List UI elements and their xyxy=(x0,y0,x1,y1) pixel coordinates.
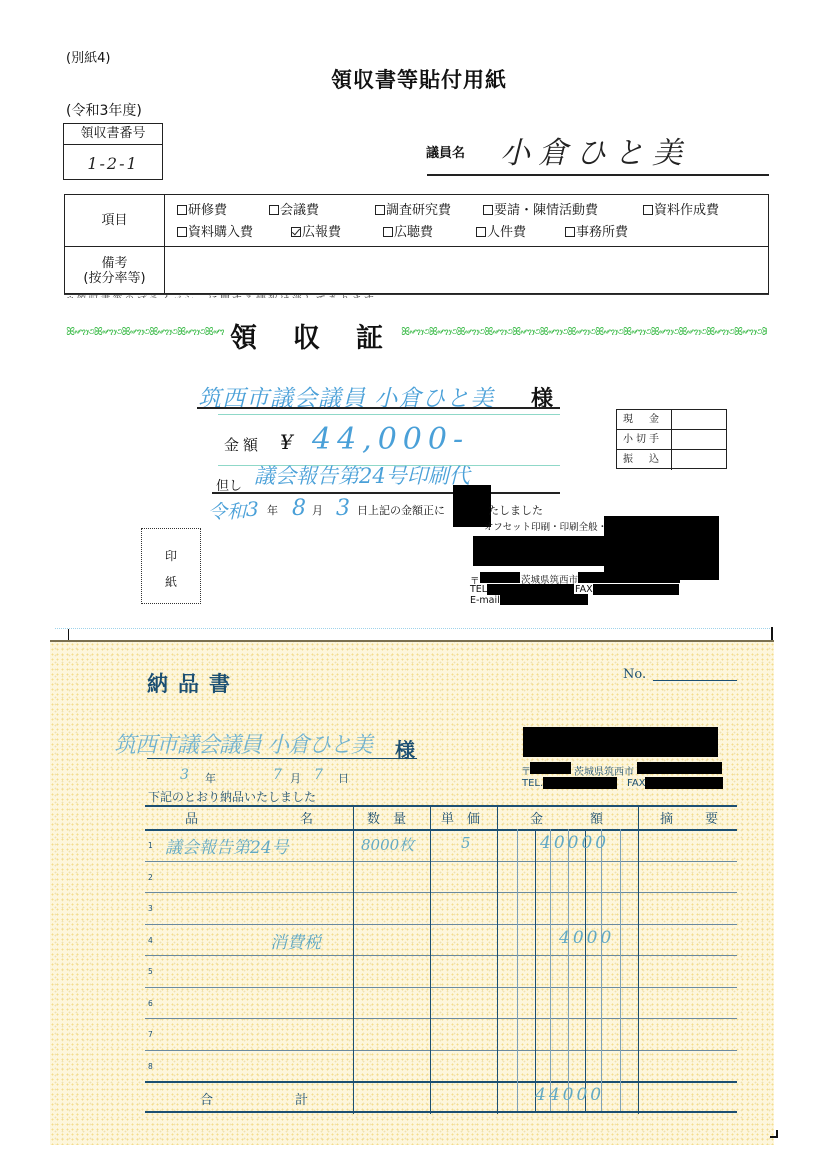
payment-method-transfer: 振 込 xyxy=(617,450,726,470)
row-qty: 8000枚 xyxy=(361,834,414,855)
delivery-date-day: 7 xyxy=(314,767,323,783)
amount-digit-rule xyxy=(517,829,518,1111)
payment-method-label: 現 金 xyxy=(617,410,672,429)
row-number: 5 xyxy=(148,967,153,976)
category-checkbox-label: 要請・陳情活動費 xyxy=(494,203,598,218)
delivery-month-label: 月 xyxy=(290,770,301,786)
issuer-email-label: E-mail xyxy=(470,595,500,606)
table-bottom-rule xyxy=(145,1111,737,1113)
category-checkbox[interactable]: 研修費 xyxy=(177,199,227,218)
delivery-issuer-address: 茨城県筑西市 xyxy=(574,763,634,778)
table-row-rule xyxy=(145,1050,737,1051)
delivery-note-number-line xyxy=(653,680,737,681)
redaction-block xyxy=(500,594,588,605)
category-checkbox-label: 人件費 xyxy=(487,225,526,240)
remarks-label: 備考 (按分率等) xyxy=(65,247,165,295)
column-header-remarks: 要 xyxy=(705,808,718,827)
receipt-number-value: 1-2-1 xyxy=(64,145,162,179)
category-checkbox-label: 広報費 xyxy=(302,225,341,240)
receipt-month-label: 月 xyxy=(312,502,323,518)
receipt-acknowledge-tail: たしました xyxy=(488,502,543,518)
receipt-number-label: 領収書番号 xyxy=(64,124,162,145)
cut-off-text: ※領収書等のプライバシーに関する情報は消してあります xyxy=(66,294,376,298)
table-header-rule xyxy=(145,829,737,831)
table-column-rule xyxy=(353,805,354,1114)
amount-label: 金額 xyxy=(224,434,262,455)
row-number: 3 xyxy=(148,904,153,913)
table-top-rule xyxy=(145,805,737,807)
category-checkbox[interactable]: 広聴費 xyxy=(383,221,433,240)
remarks-label-text: 備考 xyxy=(101,256,127,271)
receipt-title: 領収証 xyxy=(230,316,419,355)
category-checkbox-label: 資料作成費 xyxy=(654,203,719,218)
category-checkbox[interactable]: 調査研究費 xyxy=(375,199,451,218)
redaction-block xyxy=(637,762,722,774)
redaction-block xyxy=(530,762,571,774)
vine-ornament-right: ꕤ∾ఌ৩ꕤ∾ఌ৩ꕤ∾ఌ৩ꕤ∾ఌ৩ꕤ∾ఌ৩ꕤ∾ఌ৩ꕤ∾ఌ৩ꕤ∾ఌ৩ꕤ∾ఌ৩ꕤ∾ఌ৩… xyxy=(401,323,767,335)
table-row-rule xyxy=(145,955,737,956)
member-label: 議員名 xyxy=(426,142,465,161)
cut-off-notice: ※領収書等のプライバシーに関する情報は消してあります xyxy=(64,294,769,298)
category-checkbox-label: 調査研究費 xyxy=(386,203,451,218)
receipt-purpose: 議会報告第24号印刷代 xyxy=(254,460,470,490)
receipt-amount: 44,000- xyxy=(312,422,469,457)
category-row: 項目 研修費会議費調査研究費要請・陳情活動費資料作成費資料購入費広報費広聴費人件… xyxy=(65,195,768,247)
total-label: 計 xyxy=(295,1089,308,1108)
payment-method-cash: 現 金 xyxy=(617,410,726,430)
amount-digit-rule xyxy=(550,829,551,1111)
member-name: 小倉ひと美 xyxy=(500,128,690,172)
row-number: 4 xyxy=(148,936,153,945)
row-item: 議会報告第24号 xyxy=(165,833,289,858)
total-label: 合 xyxy=(200,1089,213,1108)
amount-digit-rule xyxy=(620,829,621,1111)
receipt-bottom-edge xyxy=(55,628,770,629)
payment-method-check: 小切手 xyxy=(617,430,726,450)
receipt-number-box: 領収書番号 1-2-1 xyxy=(63,123,163,180)
checkbox-empty-icon[interactable] xyxy=(269,205,279,215)
delivery-fax-label: FAX xyxy=(627,778,646,789)
table-column-rule xyxy=(497,805,498,1114)
row-number: 7 xyxy=(148,1030,153,1039)
checkbox-empty-icon[interactable] xyxy=(565,227,575,237)
member-underline xyxy=(427,174,769,176)
purpose-underline xyxy=(212,492,560,494)
category-checkbox-label: 会議費 xyxy=(280,203,319,218)
category-checkbox[interactable]: 人件費 xyxy=(476,221,526,240)
row-number: 6 xyxy=(148,999,153,1008)
column-header-qty: 数 量 xyxy=(367,808,406,827)
category-checkbox-label: 資料購入費 xyxy=(188,225,253,240)
table-row-rule xyxy=(145,892,737,893)
redaction-block xyxy=(578,572,680,583)
redaction-block xyxy=(645,777,723,789)
redaction-block xyxy=(543,777,617,789)
column-header-remarks: 摘 xyxy=(660,808,673,827)
delivery-date-year: 3 xyxy=(180,767,189,783)
table-row-rule xyxy=(145,861,737,862)
row-amount: 4000 xyxy=(559,928,614,948)
redaction-block xyxy=(593,584,679,595)
receipt-year-label: 年 xyxy=(267,502,278,518)
row-number: 1 xyxy=(148,841,153,850)
table-row-rule xyxy=(145,1018,737,1019)
receipt-date-year: 3 xyxy=(246,497,259,521)
category-checkbox[interactable]: 事務所費 xyxy=(565,221,628,240)
table-total-rule xyxy=(145,1081,737,1083)
amount-digit-rule xyxy=(568,829,569,1111)
payment-method-label: 小切手 xyxy=(617,430,672,449)
category-checkbox[interactable]: 資料購入費 xyxy=(177,221,253,240)
table-row-rule xyxy=(145,924,737,925)
delivery-customer: 筑西市議会議員 小倉ひと美 xyxy=(114,728,372,759)
stamp-label-1: 印 xyxy=(142,547,200,564)
delivery-day-label: 日 xyxy=(338,770,349,786)
delivery-items-table: 品名数 量単 価金額摘要1議会報告第24号8000枚540000234消費税40… xyxy=(145,805,737,1114)
table-column-rule xyxy=(430,805,431,1114)
form-title: 領収書等貼付用紙 xyxy=(0,64,826,94)
category-checkbox-label: 広聴費 xyxy=(394,225,433,240)
remarks-label-subtext: (按分率等) xyxy=(83,271,145,286)
redaction-block xyxy=(523,727,718,757)
receipt-date-month: 8 xyxy=(292,496,306,521)
delivery-notice: 下記のとおり納品いたしました xyxy=(148,788,316,805)
checkbox-empty-icon[interactable] xyxy=(383,227,393,237)
row-amount: 40000 xyxy=(540,833,609,853)
delivery-tel-label: TEL. xyxy=(522,778,543,789)
category-checkbox[interactable]: 広報費 xyxy=(291,221,341,240)
checkbox-empty-icon[interactable] xyxy=(375,205,385,215)
revenue-stamp-box: 印 紙 xyxy=(141,528,201,604)
delivery-date-month: 7 xyxy=(273,767,282,783)
checkbox-empty-icon[interactable] xyxy=(177,227,187,237)
yen-symbol: ¥ xyxy=(280,430,293,454)
fiscal-year: (令和3年度) xyxy=(66,100,142,120)
column-header-item: 名 xyxy=(300,808,313,827)
stamp-label-2: 紙 xyxy=(142,573,200,590)
checkbox-checked-icon[interactable] xyxy=(291,227,301,237)
receipt-date-day: 3 xyxy=(336,496,350,521)
payment-method-label: 振 込 xyxy=(617,450,672,470)
payment-method-table: 現 金 小切手 振 込 xyxy=(616,409,727,469)
column-header-item: 品 xyxy=(185,808,198,827)
category-checkbox-label: 研修費 xyxy=(188,203,227,218)
column-header-amount: 金 xyxy=(530,808,543,827)
redaction-block xyxy=(480,572,520,583)
checkbox-empty-icon[interactable] xyxy=(483,205,493,215)
category-label-text: 項目 xyxy=(101,213,127,228)
payee-underline xyxy=(197,407,560,409)
category-checkbox[interactable]: 会議費 xyxy=(269,199,319,218)
column-header-amount: 額 xyxy=(590,808,603,827)
amount-digit-rule xyxy=(535,829,536,1111)
customer-underline xyxy=(147,758,417,759)
receipt-date-era: 令和 xyxy=(208,497,246,524)
category-checkbox-label: 事務所費 xyxy=(576,225,628,240)
payee-guide-line xyxy=(218,414,560,415)
checkbox-empty-icon[interactable] xyxy=(643,205,653,215)
category-table: 項目 研修費会議費調査研究費要請・陳情活動費資料作成費資料購入費広報費広聴費人件… xyxy=(64,194,769,294)
delivery-year-label: 年 xyxy=(205,770,216,786)
category-checkbox[interactable]: 要請・陳情活動費 xyxy=(483,199,598,218)
amount-digit-rule xyxy=(585,829,586,1111)
category-checkbox[interactable]: 資料作成費 xyxy=(643,199,719,218)
total-amount: 44000 xyxy=(535,1085,604,1105)
receipt-acknowledge-text: 日上記の金額正に xyxy=(357,502,445,518)
remarks-row: 備考 (按分率等) xyxy=(65,247,768,295)
vine-ornament-left: ꕤ∾ఌ৩ꕤ∾ఌ৩ꕤ∾ఌ৩ꕤ∾ఌ৩ꕤ∾ఌ৩ꕤ∾ఌ৩ꕤ∾ఌ৩ꕤ∾ఌ৩ꕤ∾ఌ৩ꕤ∾ఌ৩… xyxy=(66,323,224,335)
row-price: 5 xyxy=(461,834,471,852)
delivery-note-number-label: No. xyxy=(623,667,646,682)
paper-corner-mark xyxy=(770,1130,778,1138)
table-row-rule xyxy=(145,987,737,988)
checkbox-empty-icon[interactable] xyxy=(177,205,187,215)
row-number: 2 xyxy=(148,873,153,882)
redaction-block xyxy=(473,536,633,566)
row-number: 8 xyxy=(148,1062,153,1071)
category-label: 項目 xyxy=(65,195,165,246)
column-header-price: 単 価 xyxy=(441,808,480,827)
delivery-note-title: 納品書 xyxy=(147,668,240,698)
amount-digit-rule xyxy=(601,829,602,1111)
row-item: 消費税 xyxy=(270,928,321,953)
checkbox-empty-icon[interactable] xyxy=(476,227,486,237)
table-column-rule xyxy=(638,805,639,1114)
